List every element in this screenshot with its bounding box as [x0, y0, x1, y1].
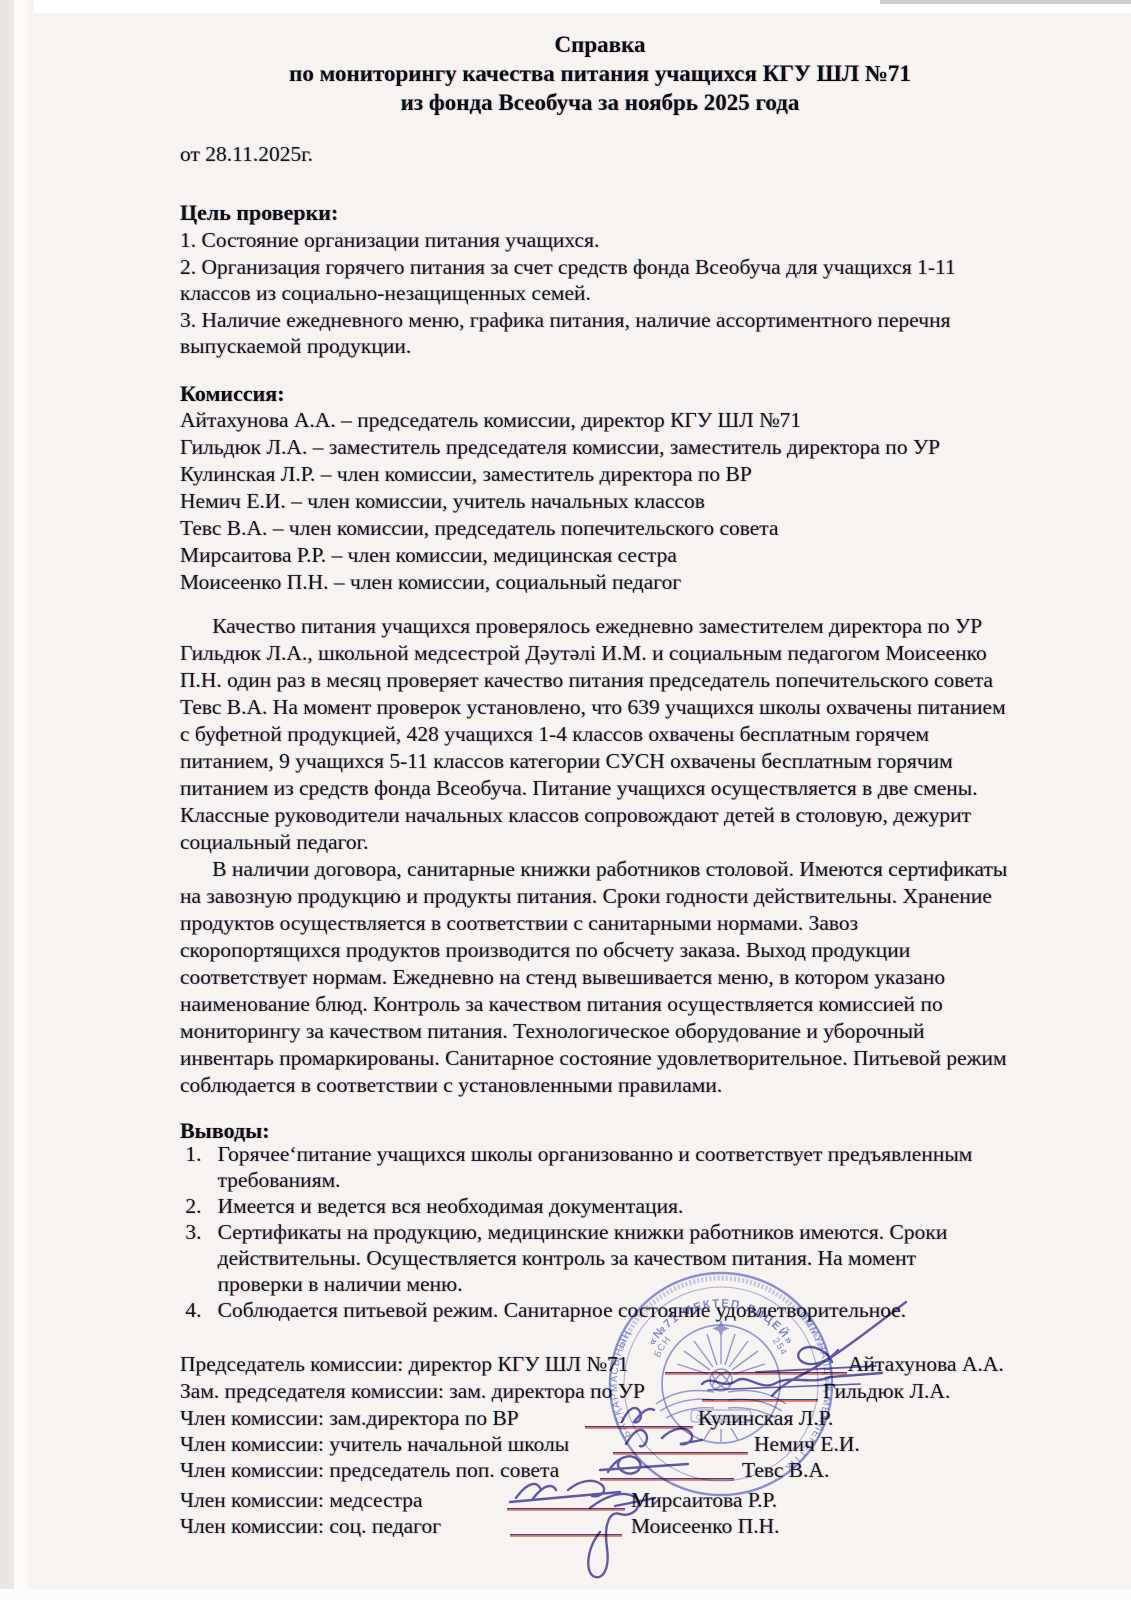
signature-label: Член комиссии: соц. педагог [180, 1514, 441, 1539]
commission-member-list: Айтахунова А.А. – председатель комиссии,… [180, 407, 940, 596]
document-title: Справка по мониторингу качества питания … [180, 30, 1020, 117]
commission-heading: Комиссия: [180, 381, 285, 407]
signature-stroke-member-teacher [626, 1429, 702, 1447]
signature-label: Член комиссии: медсестра [180, 1488, 423, 1513]
signature-stroke-member-vr [622, 1408, 654, 1422]
purpose-list: 1. Состояние организации питания учащихс… [180, 227, 956, 360]
scan-edge-top [0, 0, 1131, 13]
handwritten-signatures [440, 1280, 1020, 1600]
signature-stroke-member-pedagogue [588, 1494, 655, 1577]
signature-stroke-director [772, 1302, 906, 1396]
signature-stroke-member-trustee [600, 1456, 688, 1473]
document-date: от 28.11.2025г. [180, 142, 313, 167]
report-body-text: Качество питания учащихся проверялось еж… [180, 613, 1007, 1099]
scanned-document-page: Справка по мониторингу качества питания … [0, 0, 1131, 1600]
signature-stroke-director-loop [798, 1347, 838, 1364]
scan-edge-left [0, 0, 34, 1600]
purpose-heading: Цель проверки: [180, 200, 338, 226]
